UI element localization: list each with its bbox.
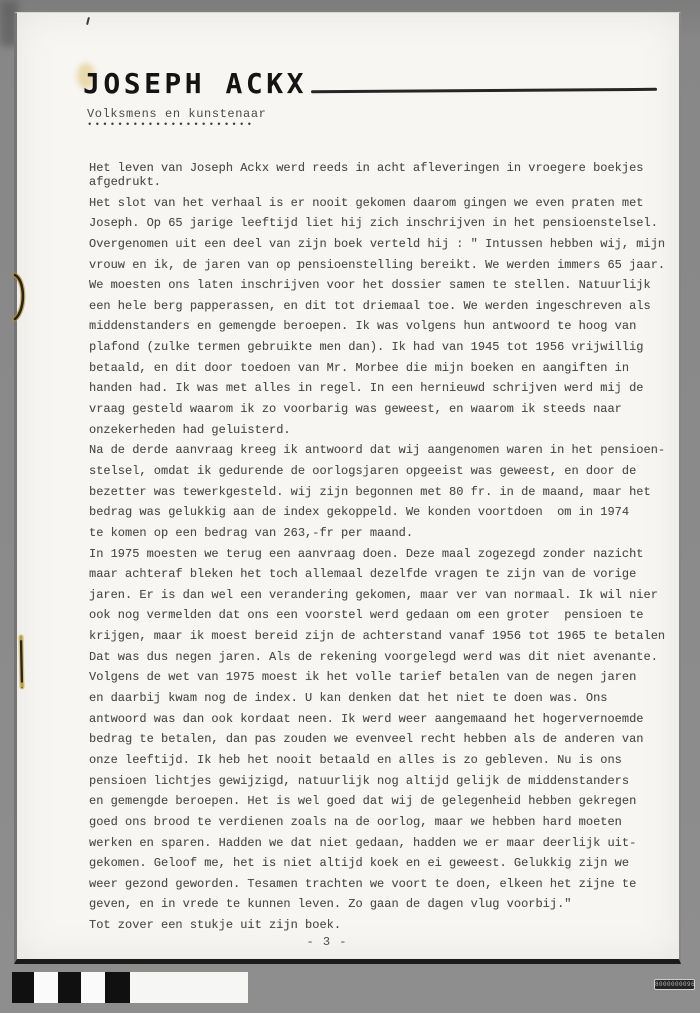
text-line: krijgen, maar ik moest bereid zijn de ac…: [89, 629, 684, 650]
subtitle-dotted-underline: ••••••••••••••••••••••: [87, 120, 254, 130]
text-line: pensioen lichtjes gewijzigd, natuurlijk …: [89, 774, 684, 795]
text-line: een hele berg papperassen, en dit tot dr…: [89, 299, 684, 320]
page-title: JOSEPH ACKX: [83, 67, 307, 100]
calibration-tile-black: [58, 972, 81, 1003]
page-subtitle: Volksmens en kunstenaar: [87, 107, 266, 121]
inventory-barcode-label: 8000000096: [654, 979, 695, 990]
text-line: Dat was dus negen jaren. Als de rekening…: [89, 650, 684, 671]
text-line: Het leven van Joseph Ackx werd reeds in …: [89, 161, 684, 175]
text-line: goed ons brood te verdienen zoals na de …: [89, 815, 684, 836]
text-line: Joseph. Op 65 jarige leeftijd liet hij z…: [89, 216, 684, 237]
body-text: Het leven van Joseph Ackx werd reeds in …: [89, 161, 684, 939]
text-line: plafond (zulke termen gebruikte men dan)…: [89, 340, 684, 361]
text-line: In 1975 moesten we terug een aanvraag do…: [89, 547, 684, 568]
page-number: - 3 -: [267, 935, 387, 949]
calibration-tile-white: [34, 972, 58, 1003]
paper-sheet: JOSEPH ACKX Volksmens en kunstenaar ••••…: [14, 12, 681, 964]
staple-icon: [14, 634, 30, 690]
text-line: vraag gesteld waarom ik zo voorbarig was…: [89, 402, 684, 423]
text-line: onzekerheden had geluisterd.: [89, 423, 684, 444]
text-line: jaren. Er is dan wel een verandering gek…: [89, 588, 684, 609]
text-line: afgedrukt.: [89, 175, 684, 196]
text-line: Na de derde aanvraag kreeg ik antwoord d…: [89, 443, 684, 464]
text-line: Volgens de wet van 1975 moest ik het vol…: [89, 670, 684, 691]
text-line: We moesten ons laten inschrijven voor he…: [89, 278, 684, 299]
text-line: geven, en in vrede te kunnen leven. Zo g…: [89, 897, 684, 918]
text-line: werken en sparen. Hadden we dat niet ged…: [89, 836, 684, 857]
text-line: gekomen. Geloof me, het is niet altijd k…: [89, 856, 684, 877]
text-line: Overgenomen uit een deel van zijn boek v…: [89, 237, 684, 258]
staple-icon: [10, 272, 30, 322]
text-line: en daarbij kwam nog de index. U kan denk…: [89, 691, 684, 712]
calibration-tile-black: [12, 972, 34, 1003]
text-line: te komen op een bedrag van 263,-fr per m…: [89, 526, 684, 547]
text-line: antwoord was dan ook kordaat neen. Ik we…: [89, 712, 684, 733]
text-line: bedrag was gelukkig aan de index gekoppe…: [89, 505, 684, 526]
calibration-tile-black: [105, 972, 130, 1003]
calibration-white-bar: [130, 972, 248, 1003]
calibration-tile-white: [81, 972, 105, 1003]
text-line: ook nog vermelden dat ons een voorstel w…: [89, 608, 684, 629]
text-line: vrouw en ik, de jaren van op pensioenste…: [89, 258, 684, 279]
scanned-page: JOSEPH ACKX Volksmens en kunstenaar ••••…: [0, 0, 700, 1013]
calibration-strip: [12, 972, 248, 1003]
stray-ink-mark: [86, 17, 90, 25]
text-line: stelsel, omdat ik gedurende de oorlogsja…: [89, 464, 684, 485]
text-line: handen had. Ik was met alles in regel. I…: [89, 381, 684, 402]
text-line: maar achteraf bleken het toch allemaal d…: [89, 567, 684, 588]
text-line: weer gezond geworden. Tesamen trachten w…: [89, 877, 684, 898]
title-underline-rule: [311, 88, 657, 93]
text-line: Het slot van het verhaal is er nooit gek…: [89, 196, 684, 217]
text-line: en gemengde beroepen. Het is wel goed da…: [89, 794, 684, 815]
text-line: middenstanders en gemengde beroepen. Ik …: [89, 319, 684, 340]
text-line: betaald, en dit door toedoen van Mr. Mor…: [89, 361, 684, 382]
text-line: bedrag te betalen, dan pas zouden we eve…: [89, 732, 684, 753]
text-line: onze leeftijd. Ik heb het nooit betaald …: [89, 753, 684, 774]
text-line: bezetter was tewerkgesteld. wij zijn beg…: [89, 485, 684, 506]
